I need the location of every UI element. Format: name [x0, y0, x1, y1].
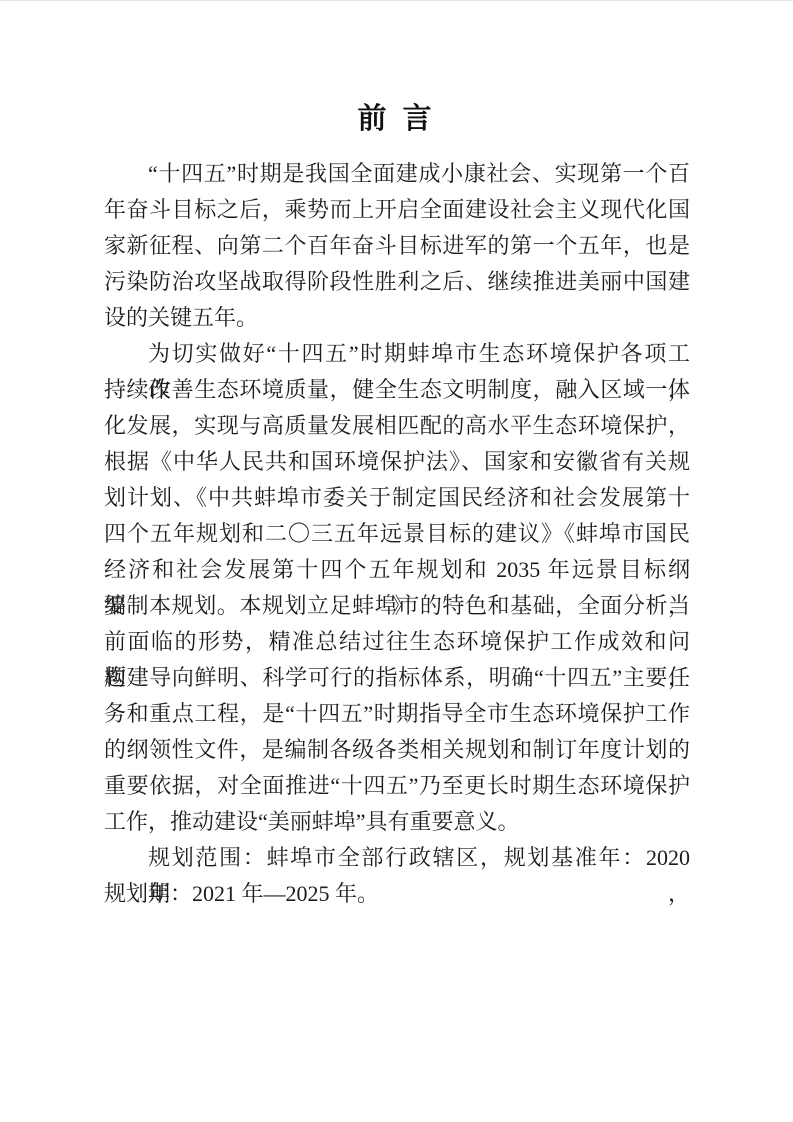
- text-line: 编制本规划。本规划立足蚌埠市的特色和基础，全面分析当: [104, 588, 690, 624]
- text-line: 设的关键五年。: [104, 300, 690, 336]
- text-line: 根据《中华人民共和国环境保护法》、国家和安徽省有关规: [104, 444, 690, 480]
- text-line: 的纲领性文件，是编制各级各类相关规划和制订年度计划的: [104, 732, 690, 768]
- text-line: 家新征程、向第二个百年奋斗目标进军的第一个五年，也是: [104, 228, 690, 264]
- paragraph-2: 为切实做好“十四五”时期蚌埠市生态环境保护各项工作， 持续改善生态环境质量，健全…: [104, 336, 690, 840]
- text-line: 化发展，实现与高质量发展相匹配的高水平生态环境保护，: [104, 408, 690, 444]
- text-line: 划计划、《中共蚌埠市委关于制定国民经济和社会发展第十: [104, 480, 690, 516]
- text-line: 年奋斗目标之后，乘势而上开启全面建设社会主义现代化国: [104, 192, 690, 228]
- preface-body: “十四五”时期是我国全面建成小康社会、实现第一个百 年奋斗目标之后，乘势而上开启…: [104, 156, 690, 912]
- text-line: 务和重点工程，是“十四五”时期指导全市生态环境保护工作: [104, 696, 690, 732]
- text-line: 持续改善生态环境质量，健全生态文明制度，融入区域一体: [104, 372, 690, 408]
- paragraph-1: “十四五”时期是我国全面建成小康社会、实现第一个百 年奋斗目标之后，乘势而上开启…: [104, 156, 690, 336]
- text-line: 工作，推动建设“美丽蚌埠”具有重要意义。: [104, 804, 690, 840]
- text-line: 构建导向鲜明、科学可行的指标体系，明确“十四五”主要任: [104, 660, 690, 696]
- document-page: 前 言 “十四五”时期是我国全面建成小康社会、实现第一个百 年奋斗目标之后，乘势…: [0, 0, 793, 1122]
- page-title: 前 言: [0, 101, 793, 138]
- text-line: 污染防治攻坚战取得阶段性胜利之后、继续推进美丽中国建: [104, 264, 690, 300]
- text-line: 四个五年规划和二〇三五年远景目标的建议》《蚌埠市国民: [104, 516, 690, 552]
- text-line: 规划范围：蚌埠市全部行政辖区，规划基准年：2020 年，: [104, 840, 690, 876]
- paragraph-3: 规划范围：蚌埠市全部行政辖区，规划基准年：2020 年， 规划期：2021 年—…: [104, 840, 690, 912]
- text-line: 前面临的形势，精准总结过往生态环境保护工作成效和问题，: [104, 624, 690, 660]
- text-line: 重要依据，对全面推进“十四五”乃至更长时期生态环境保护: [104, 768, 690, 804]
- text-line: “十四五”时期是我国全面建成小康社会、实现第一个百: [104, 156, 690, 192]
- text-line: 经济和社会发展第十四个五年规划和 2035 年远景目标纲要》，: [104, 552, 690, 588]
- text-line: 为切实做好“十四五”时期蚌埠市生态环境保护各项工作，: [104, 336, 690, 372]
